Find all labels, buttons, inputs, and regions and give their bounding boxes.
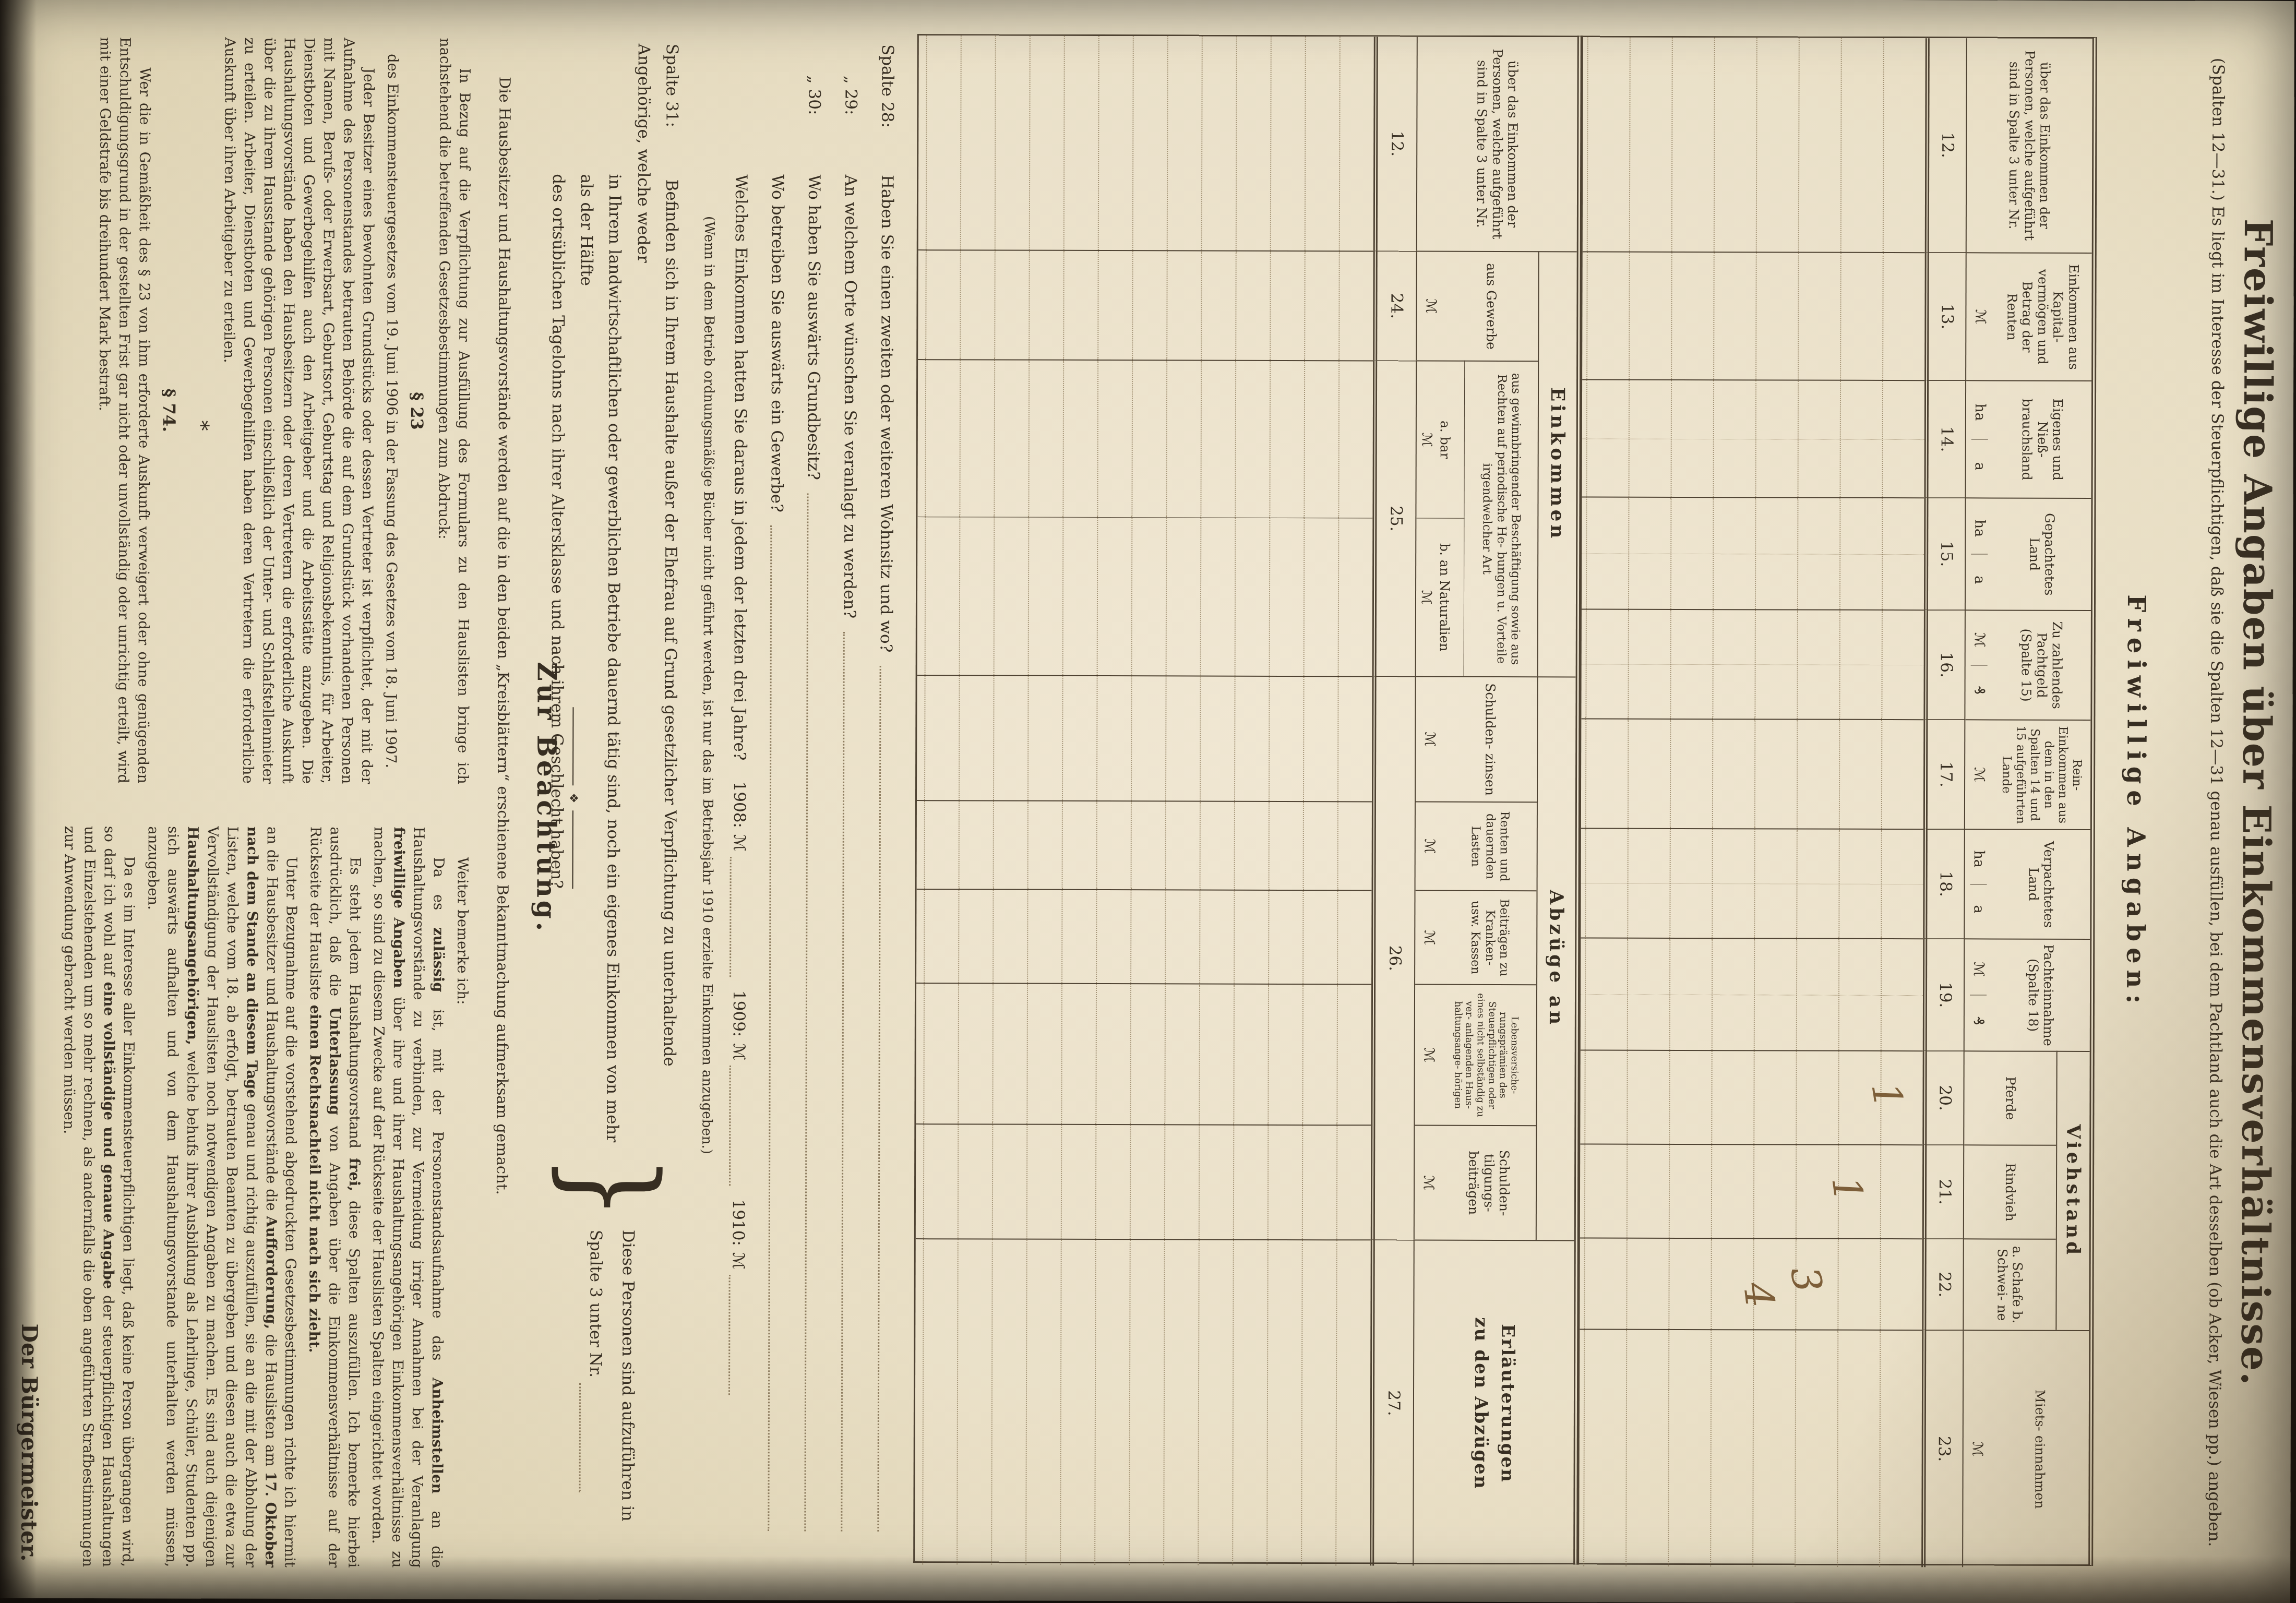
footnote-star: * [185,37,216,783]
paragraph-74-body: Wer die in Gemäßheit des § 23 von ihm er… [93,37,154,783]
col-18-unit-ha: ha [1970,834,1987,884]
right-paragraph-3: Unter Bezugnahme auf die vorstehend abge… [141,826,301,1568]
col-14-label: Eigenes und Nieß- brauchsland [1996,386,2089,494]
col-16-data [1581,608,1924,719]
col-14-unit-a: a [1971,439,1988,493]
upper-table: über das Einkommen der Personen, welche … [1577,35,2097,1566]
question-30c-text: Welches Einkommen hatten Sie daraus in j… [730,174,750,760]
lower-col-12-data [918,35,1374,250]
question-28-text: Haben Sie einen zweiten oder weiteren Wo… [877,175,896,652]
paragraph-74-title: § 74. [157,37,182,783]
abzug-schuldentilgung-label: Schulden- tilgungs- beiträgen [1445,1130,1533,1236]
mark-sign-1910: ℳ [729,1252,748,1270]
col-23-label: Miets- einnahmen [1993,1390,2086,1509]
col-23-data [1579,1329,1922,1567]
col-20-header: Pferde [1964,1050,2056,1144]
col-15-label: Gepachtetes Land [1996,503,2088,606]
col-16-unit-mark: ℳ [1971,615,1988,665]
col-20-label: Pferde [1967,1076,2053,1120]
right-paragraph-1: Da es zulässig ist, mit der Personenstan… [367,827,448,1568]
page-subtitle: (Spalten 12—31.) Es liegt im Interesse d… [2205,1,2228,1603]
paragraph-23-title: § 23 [404,38,429,784]
col-17-number: 17. [1923,719,1966,829]
col-15-header: Gepachtetes Land haa [1966,497,2091,610]
col-24-number: 24. [1373,250,1417,360]
col-17-label: Rein- Einkommen aus dem in den Spalten 1… [1995,725,2088,825]
col-18-unit-a: a [1970,884,1987,935]
abzug-lebensversicherung-label: Lebensversiche- rungsprämien des Steuerp… [1439,989,1533,1121]
col-15-data [1582,496,1924,609]
notice-right-column: Weiter bemerke ich: Da es zulässig ist, … [14,826,472,1568]
divider-line-left [573,707,574,785]
col-23-unit: ℳ [1966,1335,1994,1563]
abzug-schuldentilgung-data [916,1123,1371,1239]
col-19-unit-mark: ℳ [1970,943,1987,995]
col-24-header: aus Gewerbe ℳ [1417,251,1538,361]
section-heading: Freiwillige Angaben: [2119,1,2152,1603]
col-19-number: 19. [1923,938,1965,1050]
col-24-data [918,249,1373,360]
col-24-label: aus Gewerbe [1447,263,1535,350]
divider-line-right [572,810,573,889]
col-20-number: 20. [1922,1050,1964,1144]
answer-line-30b [768,526,786,1532]
col-18-data [1581,828,1923,938]
question-30: „ 30: Wo haben Sie auswärts Grundbesitz? [801,44,823,1537]
right-paragraph-4: Da es im Interesse aller Einkommensteuer… [57,826,138,1567]
right-paragraph-2: Es steht jedem Haushaltungsvorstand frei… [304,827,365,1568]
notice-left-column: In Bezug auf die Verpflichtung zur Ausfü… [89,37,474,784]
answer-line-28 [877,666,895,1532]
col-17-header: Rein- Einkommen aus dem in den Spalten 1… [1965,719,2091,829]
col-25a-label: a. bar [1438,421,1453,459]
viehstand-group-title: Viehstand [2055,1051,2089,1330]
col-27-number: 27. [1370,1239,1415,1565]
year-1910-label: 1910: [729,1199,748,1246]
col-19-header: Pachteinnahme (Spalte 18) ℳ₰ [1965,938,2090,1051]
col-13-data [1582,251,1925,380]
scanned-form-photo: Freiwillige Angaben über Einkommensverhä… [0,0,2296,1603]
signature-buergermeister: Der Bürgermeister. [14,826,46,1567]
notice-heading: Zur Beachtung. [529,0,564,1599]
abzug-kassen-data [916,889,1371,984]
abzug-kassen-unit: ℳ [1418,895,1445,980]
col-16-label: Zu zahlendes Pachtgeld (Spalte 15) [1995,615,2088,715]
paragraph-23-body: Jeder Besitzer eines bewohnten Grundstüc… [218,38,378,784]
col-15-unit-a: a [1971,554,1988,605]
question-30b: Wo betreiben Sie auswärts ein Gewerbe? [764,44,787,1536]
notice-lead: Die Hausbesitzer und Haushaltungsvorstän… [492,43,514,1551]
col-13-label: Einkommen aus Kapital- vermögen und Betr… [1996,258,2089,376]
paragraph-23-subtitle: des Einkommensteuergesetzes vom 19. Juni… [380,38,402,784]
col-19-data [1581,937,1923,1050]
col-22-header: a. Schafe b. Schwei- ne [1964,1238,2055,1330]
question-30-text: Wo haben Sie auswärts Grundbesitz? [804,175,824,480]
answer-line-30 [804,494,822,1532]
abzuege-group-title: Abzüge an [1536,676,1576,1240]
col-14-number: 14. [1924,380,1967,497]
question-29-text: An welchem Orte wünschen Sie veranlagt z… [840,175,860,618]
diamond-icon: ❖ [567,793,580,803]
col-23-number: 23. [1921,1330,1964,1567]
col-25a-data [917,359,1373,518]
col-19-unit-pfennig: ₰ [1970,995,1987,1046]
col-13-unit: ℳ [1969,257,1997,376]
page-title: Freiwillige Angaben über Einkommensverhä… [2232,1,2281,1603]
answer-line-31 [579,1383,595,1492]
form-page: Freiwillige Angaben über Einkommensverhä… [0,0,2294,1603]
col-15-unit-ha: ha [1971,503,1988,554]
col-25b-label: b. an Naturalien [1437,543,1453,652]
col-22-label: a. Schafe b. Schwei- ne [1967,1243,2052,1325]
col-12-header: über das Einkommen der Personen, welche … [1967,38,2092,253]
question-29: „ 29: An welchem Orte wünschen Sie veran… [838,44,860,1537]
col-24-unit: ℳ [1420,256,1448,356]
abzug-schuldenzinsen-header: Schulden- zinsen ℳ [1416,676,1537,802]
col-21-label: Rindvieh [1967,1163,2053,1221]
col-12-number: 12. [1925,38,1967,252]
einkommen-group-title: Einkommen [1537,251,1577,676]
question-30b-text: Wo betreiben Sie auswärts ein Gewerbe? [767,174,787,512]
abzug-renten-label: Renten und dauernden Lasten [1446,807,1534,886]
col-14-data [1582,379,1925,497]
col-21-header: Rindvieh [1964,1144,2056,1238]
col-25b-unit: ℳ [1418,590,1434,605]
mark-sign-1908: ℳ [730,834,749,852]
col-12-label: über das Einkommen der Personen, welche … [1970,42,2089,248]
erlaeuterungen-data [915,1238,1371,1565]
col-25a-unit: ℳ [1419,433,1434,447]
col-13-header: Einkommen aus Kapital- vermögen und Betr… [1966,252,2092,380]
mark-sign-1909: ℳ [730,1043,748,1060]
abzug-schuldenzinsen-unit: ℳ [1419,681,1446,797]
abzug-kassen-label: Beiträgen zu Kranken- usw. Kassen [1445,895,1533,980]
question-30-note: (Wenn in dem Betrieb ordnungsmäßige Büch… [698,44,717,1536]
erlaeuterungen-header: Erläuterungen zu den Abzügen [1414,1240,1574,1566]
abzug-lebensversicherung-data [916,983,1371,1125]
col-25-number: 25. [1372,360,1417,676]
answer-line-1908 [730,857,746,977]
left-intro: In Bezug auf die Verpflichtung zur Ausfü… [433,38,474,784]
col-19-label: Pachteinnahme (Spalte 18) [1995,944,2087,1047]
erlaeuterungen-line1: Erläuterungen [1497,1324,1518,1482]
question-31-line1: Befinden sich in Ihrem Haushalte außer d… [633,44,681,1067]
col-15-number: 15. [1924,497,1966,609]
answer-line-29 [841,632,859,1532]
questions-block: Spalte 28: Haben Sie einen zweiten oder … [541,43,897,1537]
abzug-lebensversicherung-header: Lebensversiche- rungsprämien des Steuerp… [1415,984,1536,1126]
question-30c: Welches Einkommen hatten Sie daraus in j… [728,44,750,1536]
col-13-number: 13. [1924,252,1967,380]
col-12-data [1583,37,1926,252]
lower-table: über das Einkommen der Personen, welche … [913,34,1582,1564]
col-18-label: Verpachtetes Land [1995,834,2087,935]
lower-col-12-label: über das Einkommen der Personen, welche … [1420,41,1574,247]
col-26-number: 26. [1371,676,1416,1239]
abzug-renten-data [917,800,1372,890]
col-16-unit-pfennig: ₰ [1970,665,1987,715]
abzug-schuldentilgung-unit: ℳ [1418,1130,1445,1236]
col-18-header: Verpachtetes Land haa [1965,829,2090,939]
question-31-right2: Spalte 3 unter Nr. [586,1230,605,1378]
col-23-header: Miets- einnahmen ℳ [1963,1330,2089,1568]
col-16-number: 16. [1923,609,1966,719]
col-25b-data [917,517,1373,676]
question-31-label: Spalte 31: [657,44,686,174]
col-25-header: aus gewinnbringender Beschäftigung sowie… [1464,361,1538,676]
answer-line-1910 [728,1275,745,1395]
year-1909-label: 1909: [730,990,748,1037]
col-22-number: 22. [1922,1238,1964,1330]
lower-col-12-number: 12. [1373,37,1418,250]
abzug-renten-unit: ℳ [1419,807,1446,886]
col-14-unit-ha: ha [1971,385,1988,439]
col-25-label: aus gewinnbringender Beschäftigung sowie… [1467,366,1535,672]
col-25a-header: a. bar ℳ [1416,361,1465,518]
abzug-schuldentilgung-header: Schulden- tilgungs- beiträgen ℳ [1415,1125,1536,1240]
lower-col-12-header: über das Einkommen der Personen, welche … [1417,37,1577,252]
col-18-number: 18. [1923,829,1965,938]
col-16-header: Zu zahlendes Pachtgeld (Spalte 15) ℳ₰ [1965,609,2091,720]
col-21-number: 21. [1922,1144,1964,1238]
abzug-schuldenzinsen-label: Schulden- zinsen [1446,683,1534,796]
question-29-label: „ 29: [841,44,860,175]
abzug-kassen-header: Beiträgen zu Kranken- usw. Kassen ℳ [1415,890,1536,985]
col-14-header: Eigenes und Nieß- brauchsland haa [1966,380,2092,498]
abzug-renten-header: Renten und dauernden Lasten ℳ [1416,801,1537,891]
question-30-label: „ 30: [805,44,824,175]
col-17-unit: ℳ [1968,724,1996,824]
answer-line-1909 [729,1066,745,1186]
year-1908-label: 1908: [730,781,749,828]
question-28: Spalte 28: Haben Sie einen zweiten oder … [874,44,896,1537]
col-17-data [1581,718,1924,829]
question-31-right1: Diese Personen sind aufzuführen in [618,1230,638,1522]
abzug-schuldenzinsen-data [917,675,1372,801]
abzug-lebensversicherung-unit: ℳ [1418,989,1439,1121]
col-25b-header: b. an Naturalien ℳ [1416,518,1465,676]
erlaeuterungen-line2: zu den Abzügen [1470,1317,1492,1489]
question-28-label: Spalte 28: [878,44,897,175]
right-intro: Weiter bemerke ich: [450,827,472,1568]
